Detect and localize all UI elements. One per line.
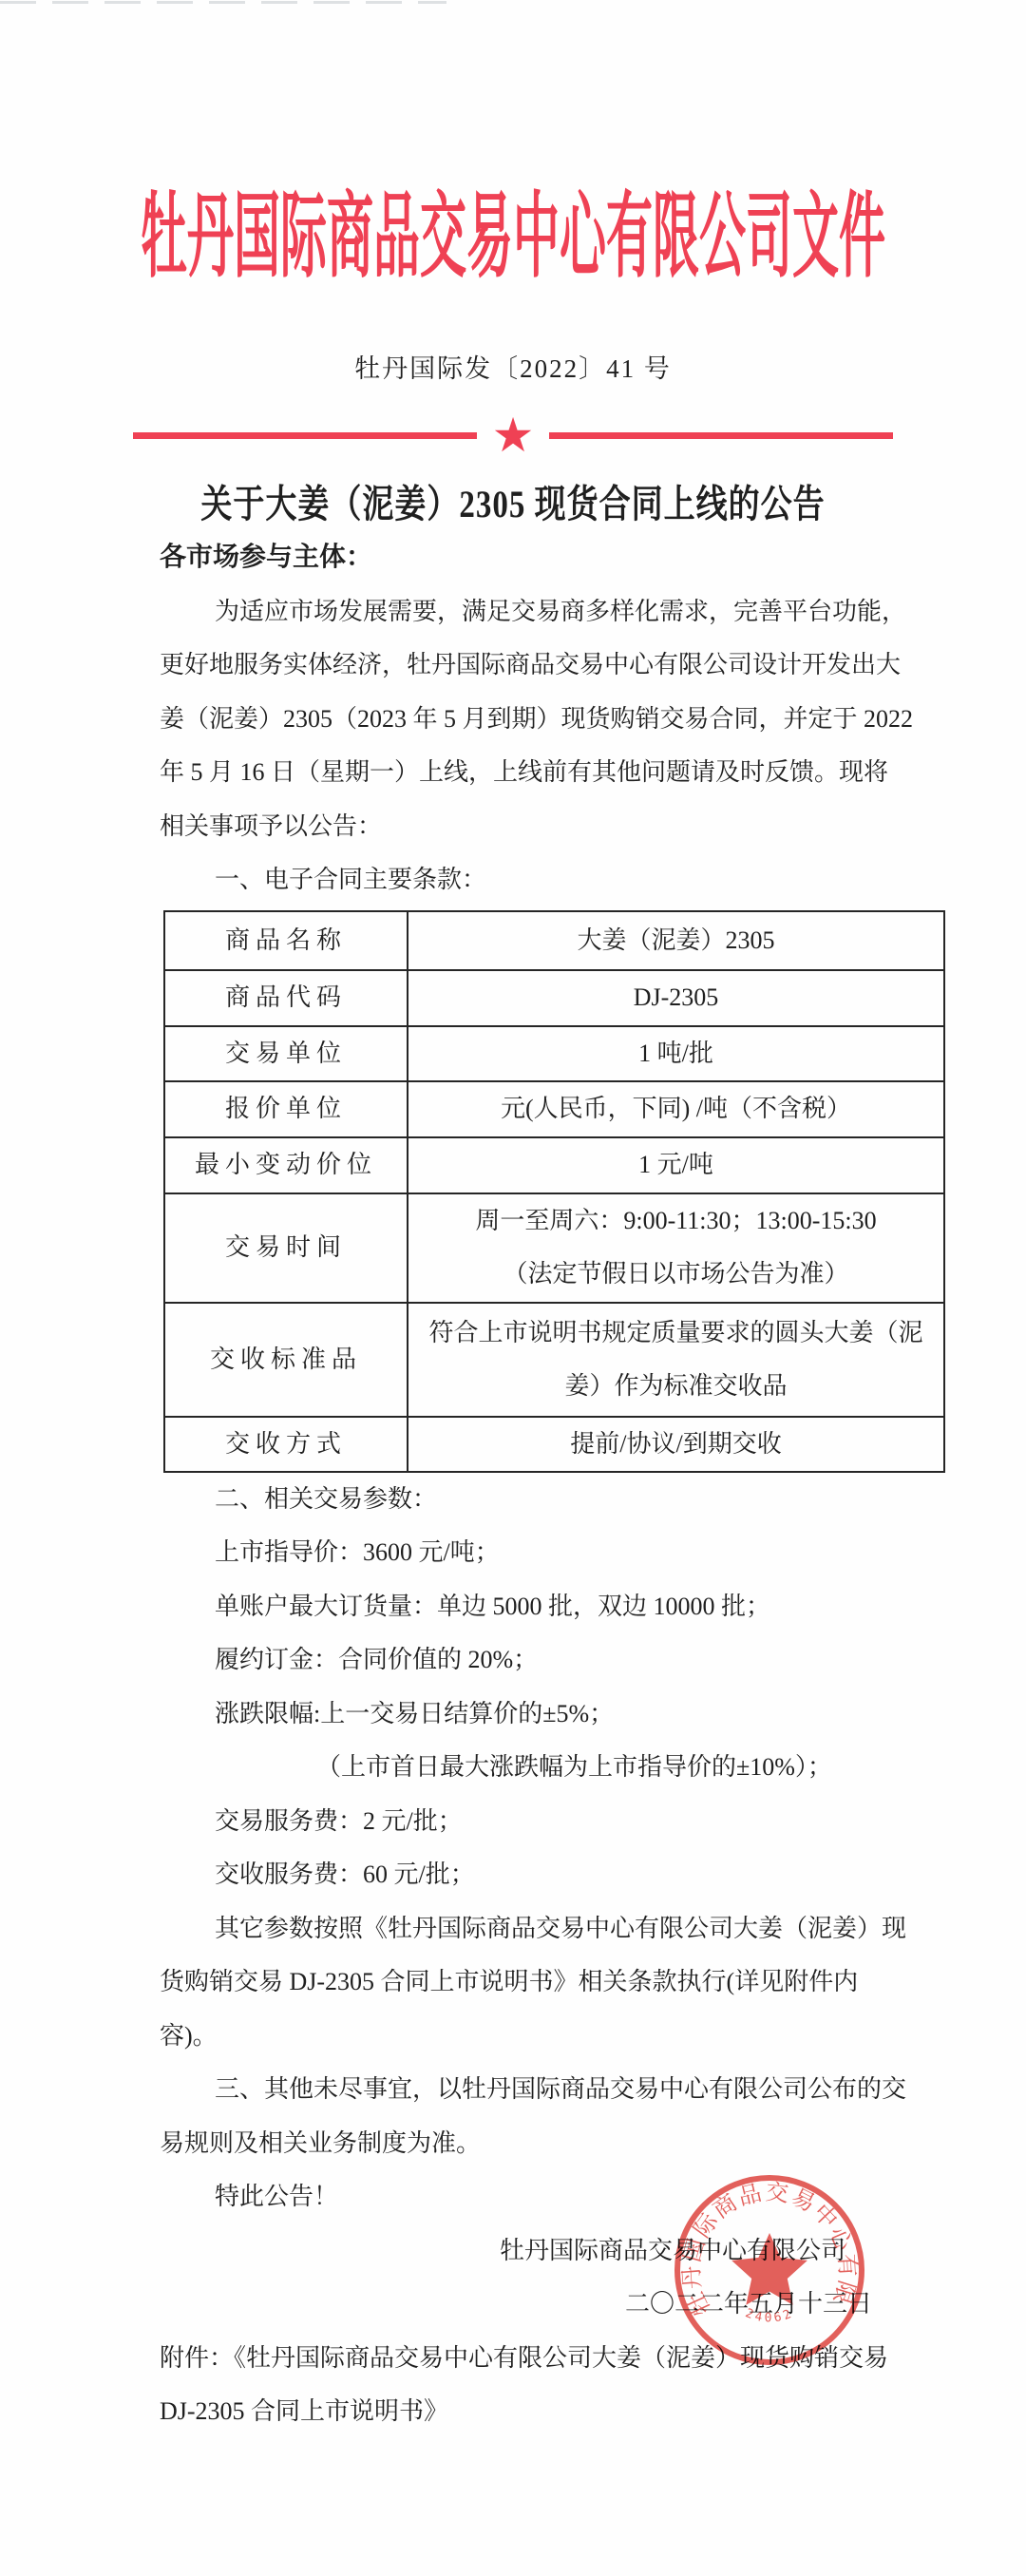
- section3-line: 易规则及相关业务制度为准。: [160, 2117, 891, 2171]
- document-page: 牡丹国际商品交易中心有限公司文件 牡丹国际发〔2022〕41 号 ★ 关于大姜（…: [0, 0, 1026, 2576]
- salutation: 各市场参与主体：: [160, 531, 891, 585]
- row-value: DJ-2305: [408, 970, 944, 1026]
- table-row: 报价单位 元(人民币，下同) /吨（不含税）: [164, 1081, 944, 1137]
- table-row: 交易时间 周一至周六：9:00-11:30；13:00-15:30 （法定节假日…: [164, 1193, 944, 1303]
- table-row: 最小变动价位 1 元/吨: [164, 1137, 944, 1193]
- attachment-line: 附件：《牡丹国际商品交易中心有限公司大姜（泥姜）现货购销交易: [160, 2332, 891, 2386]
- param-line: 涨跌限幅:上一交易日结算价的±5%；: [160, 1688, 891, 1742]
- section1-heading: 一、电子合同主要条款：: [160, 853, 891, 907]
- other-params-line: 容)。: [160, 2010, 891, 2064]
- doc-title: 关于大姜（泥姜）2305 现货合同上线的公告: [0, 480, 1026, 531]
- row-label: 最小变动价位: [164, 1137, 408, 1193]
- table-row: 商品名称 大姜（泥姜）2305: [164, 911, 944, 970]
- row-label: 交收方式: [164, 1417, 408, 1472]
- divider-line-left: [133, 432, 477, 439]
- row-value: 符合上市说明书规定质量要求的圆头大姜（泥姜）作为标准交收品: [408, 1303, 944, 1417]
- letterhead-title: 牡丹国际商品交易中心有限公司文件: [133, 135, 893, 325]
- divider-line-right: [549, 432, 893, 439]
- param-line: 履约订金：合同价值的 20%；: [160, 1633, 891, 1688]
- intro-line: 姜（泥姜）2305（2023 年 5 月到期）现货购销交易合同，并定于 2022: [160, 693, 891, 747]
- param-line: 交易服务费：2 元/批；: [160, 1795, 891, 1849]
- row-value: 1 吨/批: [408, 1026, 944, 1081]
- section2-heading: 二、相关交易参数：: [160, 1473, 891, 1527]
- attachment-line: DJ-2305 合同上市说明书》: [160, 2385, 891, 2439]
- table-row: 商品代码 DJ-2305: [164, 970, 944, 1026]
- param-line: 上市指导价：3600 元/吨；: [160, 1526, 891, 1580]
- intro-line: 年 5 月 16 日（星期一）上线，上线前有其他问题请及时反馈。现将: [160, 746, 891, 800]
- row-label: 交易单位: [164, 1026, 408, 1081]
- row-label: 交收标准品: [164, 1303, 408, 1417]
- param-line: 单账户最大订货量：单边 5000 批，双边 10000 批；: [160, 1580, 891, 1634]
- signature-company: 牡丹国际商品交易中心有限公司: [160, 2224, 891, 2279]
- row-value: 1 元/吨: [408, 1137, 944, 1193]
- param-line: 交收服务费：60 元/批；: [160, 1848, 891, 1902]
- row-label: 交易时间: [164, 1193, 408, 1303]
- intro-line: 相关事项予以公告：: [160, 800, 891, 854]
- signature-date: 二〇二二年五月十三日: [160, 2278, 891, 2332]
- row-value: 周一至周六：9:00-11:30；13:00-15:30 （法定节假日以市场公告…: [408, 1193, 944, 1303]
- row-value: 大姜（泥姜）2305: [408, 911, 944, 970]
- doc-number: 牡丹国际发〔2022〕41 号: [0, 353, 1026, 385]
- other-params-line: 其它参数按照《牡丹国际商品交易中心有限公司大姜（泥姜）现: [160, 1902, 891, 1956]
- table-row: 交收方式 提前/协议/到期交收: [164, 1417, 944, 1472]
- row-label: 商品代码: [164, 970, 408, 1026]
- section3-line: 三、其他未尽事宜，以牡丹国际商品交易中心有限公司公布的交: [160, 2063, 891, 2117]
- intro-line: 为适应市场发展需要，满足交易商多样化需求，完善平台功能，: [160, 585, 891, 639]
- contract-terms-table: 商品名称 大姜（泥姜）2305 商品代码 DJ-2305 交易单位 1 吨/批 …: [163, 910, 945, 1473]
- other-params-line: 货购销交易 DJ-2305 合同上市说明书》相关条款执行(详见附件内: [160, 1956, 891, 2010]
- document-body: 各市场参与主体： 为适应市场发展需要，满足交易商多样化需求，完善平台功能， 更好…: [160, 531, 891, 2439]
- star-icon: ★: [477, 412, 549, 458]
- row-value: 元(人民币，下同) /吨（不含税）: [408, 1081, 944, 1137]
- intro-line: 更好地服务实体经济，牡丹国际商品交易中心有限公司设计开发出大: [160, 639, 891, 693]
- scan-artifact-line: [0, 1, 446, 4]
- row-value: 提前/协议/到期交收: [408, 1417, 944, 1472]
- red-divider: ★: [133, 412, 893, 458]
- closing-line: 特此公告！: [160, 2170, 891, 2224]
- row-label: 报价单位: [164, 1081, 408, 1137]
- table-row: 交易单位 1 吨/批: [164, 1026, 944, 1081]
- param-line: （上市首日最大涨跌幅为上市指导价的±10%）；: [160, 1741, 891, 1795]
- row-label: 商品名称: [164, 911, 408, 970]
- table-row: 交收标准品 符合上市说明书规定质量要求的圆头大姜（泥姜）作为标准交收品: [164, 1303, 944, 1417]
